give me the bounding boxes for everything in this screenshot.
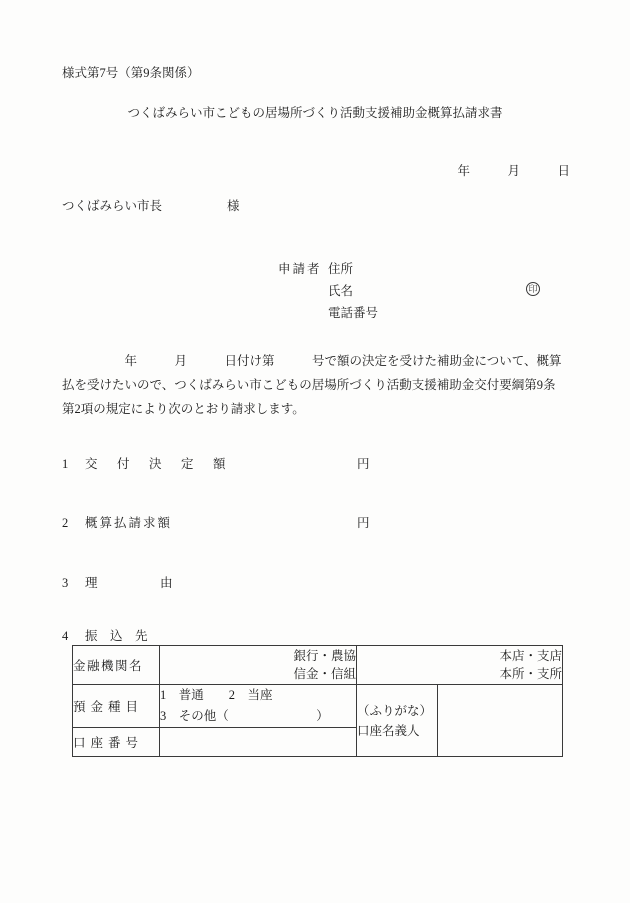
applicant-phone-label: 電話番号 [328,306,378,321]
item-label: 概算払請求額 [85,516,172,531]
addressee-line: つくばみらい市長様 [62,199,240,214]
applicant-label: 申請者 [278,262,322,277]
addressee-name: つくばみらい市長 [62,199,162,213]
addressee-honorific: 様 [227,199,240,213]
body-paragraph-line-2: 払を受けたいので、つくばみらい市こどもの居場所づくり活動支援補助金交付要綱第9条 [62,378,556,393]
document-title: つくばみらい市こどもの居場所づくり活動支援補助金概算払請求書 [0,106,630,121]
institution-label-cell: 金融機関名 [73,646,160,685]
body-paragraph-line-3: 第2項の規定により次のとおり請求します。 [62,402,305,417]
transfer-table: 金融機関名 銀行・農協 信金・信組 本店・支店 本所・支所 預金種目 1 普通 … [72,645,563,757]
date-line: 年 月 日 [457,164,570,179]
account-number-input-cell [160,728,357,757]
item-label: 交 付 決 定 額 [85,457,229,472]
branch-type-cell: 本店・支店 本所・支所 [357,646,563,685]
item-label: 振 込 先 [85,629,148,644]
item-provisional-payment-amount: 2 概算払請求額 円 [0,516,630,531]
item-label: 理 由 [85,576,173,591]
branch-type-line2: 本所・支所 [357,665,562,683]
seal-stamp-character: 印 [528,285,537,294]
seal-stamp-icon: 印 [526,282,540,296]
institution-type-line2: 信金・信組 [160,665,356,683]
deposit-option-line2: 3 その他（ ） [160,706,356,727]
institution-type-line1: 銀行・農協 [160,647,356,665]
item-number: 1 [62,457,68,472]
item-transfer-destination: 4 振 込 先 [0,629,630,644]
account-holder-input-cell [438,685,563,757]
furigana-label: （ふりがな） [357,701,437,721]
item-reason: 3 理 由 [0,576,630,591]
account-number-label-cell: 口座番号 [73,728,160,757]
account-holder-label-cell: （ふりがな） 口座名義人 [357,685,438,757]
branch-type-line1: 本店・支店 [357,647,562,665]
document-page: 様式第7号（第9条関係） つくばみらい市こどもの居場所づくり活動支援補助金概算払… [0,0,630,903]
deposit-option-line1: 1 普通 2 当座 [160,685,356,706]
item-unit-yen: 円 [357,457,370,472]
applicant-name-label: 氏名 [328,284,353,299]
institution-type-cell: 銀行・農協 信金・信組 [160,646,357,685]
item-number: 3 [62,576,68,591]
item-grant-decision-amount: 1 交 付 決 定 額 円 [0,457,630,472]
account-holder-label: 口座名義人 [357,721,437,741]
body-paragraph-line-1: 年 月 日付け第 号で額の決定を受けた補助金について、概算 [62,354,562,369]
item-number: 4 [62,629,68,644]
deposit-options-cell: 1 普通 2 当座 3 その他（ ） [160,685,357,728]
applicant-address-label: 住所 [328,262,353,277]
item-number: 2 [62,516,68,531]
item-unit-yen: 円 [357,516,370,531]
deposit-type-label-cell: 預金種目 [73,685,160,728]
form-number: 様式第7号（第9条関係） [62,66,200,81]
